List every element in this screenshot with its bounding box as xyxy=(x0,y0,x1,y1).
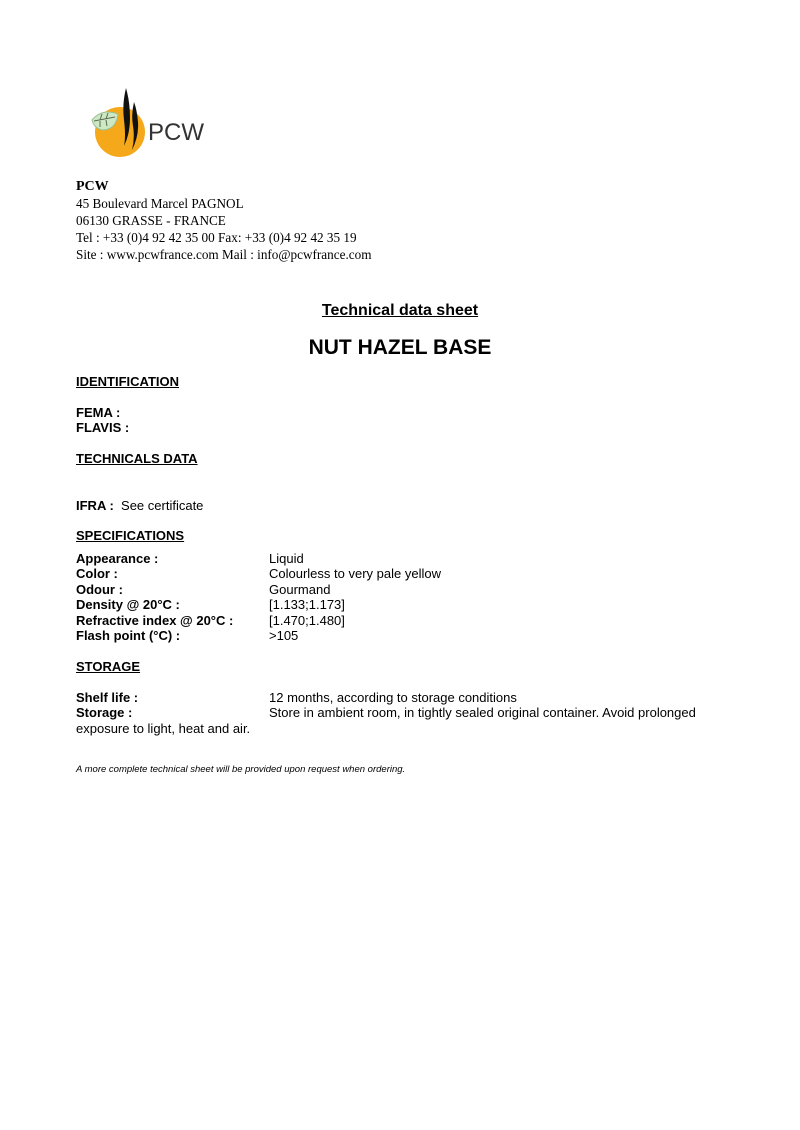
ifra-value: See certificate xyxy=(121,498,203,513)
flavis-label: FLAVIS : xyxy=(76,420,179,436)
footer-note: A more complete technical sheet will be … xyxy=(76,764,405,775)
storage-section: STORAGE Shelf life : 12 months, accordin… xyxy=(76,659,736,736)
specifications-section: SPECIFICATIONS Appearance :LiquidColor :… xyxy=(76,528,441,644)
spec-value: Gourmand xyxy=(269,582,330,598)
spec-label: Appearance : xyxy=(76,551,269,567)
spec-value: [1.133;1.173] xyxy=(269,597,345,613)
company-info: PCW 45 Boulevard Marcel PAGNOL 06130 GRA… xyxy=(76,178,371,263)
shelf-life-label: Shelf life : xyxy=(76,690,269,706)
address-line2: 06130 GRASSE - FRANCE xyxy=(76,212,371,229)
spec-row: Refractive index @ 20°C :[1.470;1.480] xyxy=(76,613,441,629)
spec-row: Appearance :Liquid xyxy=(76,551,441,567)
identification-section: IDENTIFICATION FEMA : FLAVIS : xyxy=(76,374,179,436)
address-line1: 45 Boulevard Marcel PAGNOL xyxy=(76,195,371,212)
spec-row: Flash point (°C) :>105 xyxy=(76,628,441,644)
storage-row: Storage : Store in ambient room, in tigh… xyxy=(76,705,736,721)
identification-heading: IDENTIFICATION xyxy=(76,374,179,390)
technicals-section: TECHNICALS DATA IFRA : See certificate xyxy=(76,451,203,513)
website-email: Site : www.pcwfrance.com Mail : info@pcw… xyxy=(76,246,371,263)
spec-row: Density @ 20°C :[1.133;1.173] xyxy=(76,597,441,613)
spec-label: Flash point (°C) : xyxy=(76,628,269,644)
shelf-life-row: Shelf life : 12 months, according to sto… xyxy=(76,690,736,706)
spec-value: Colourless to very pale yellow xyxy=(269,566,441,582)
spec-row: Odour :Gourmand xyxy=(76,582,441,598)
storage-value: Store in ambient room, in tightly sealed… xyxy=(269,705,696,721)
technicals-heading: TECHNICALS DATA xyxy=(76,451,203,467)
spec-value: >105 xyxy=(269,628,298,644)
logo-mark-icon: PCW xyxy=(88,84,218,160)
pcw-logo: PCW xyxy=(88,84,218,160)
storage-continuation: exposure to light, heat and air. xyxy=(76,721,736,737)
svg-text:PCW: PCW xyxy=(148,119,204,146)
storage-label: Storage : xyxy=(76,705,269,721)
specifications-heading: SPECIFICATIONS xyxy=(76,528,441,544)
spec-row: Color :Colourless to very pale yellow xyxy=(76,566,441,582)
specifications-table: Appearance :LiquidColor :Colourless to v… xyxy=(76,551,441,644)
spec-label: Color : xyxy=(76,566,269,582)
phone-fax: Tel : +33 (0)4 92 42 35 00 Fax: +33 (0)4… xyxy=(76,229,371,246)
spec-value: [1.470;1.480] xyxy=(269,613,345,629)
fema-label: FEMA : xyxy=(76,405,179,421)
spec-label: Refractive index @ 20°C : xyxy=(76,613,269,629)
shelf-life-value: 12 months, according to storage conditio… xyxy=(269,690,517,706)
ifra-label: IFRA : xyxy=(76,498,114,513)
document-type: Technical data sheet xyxy=(0,302,800,320)
spec-label: Odour : xyxy=(76,582,269,598)
spec-value: Liquid xyxy=(269,551,304,567)
product-name: NUT HAZEL BASE xyxy=(0,336,800,360)
company-name: PCW xyxy=(76,178,371,195)
storage-heading: STORAGE xyxy=(76,659,736,675)
spec-label: Density @ 20°C : xyxy=(76,597,269,613)
